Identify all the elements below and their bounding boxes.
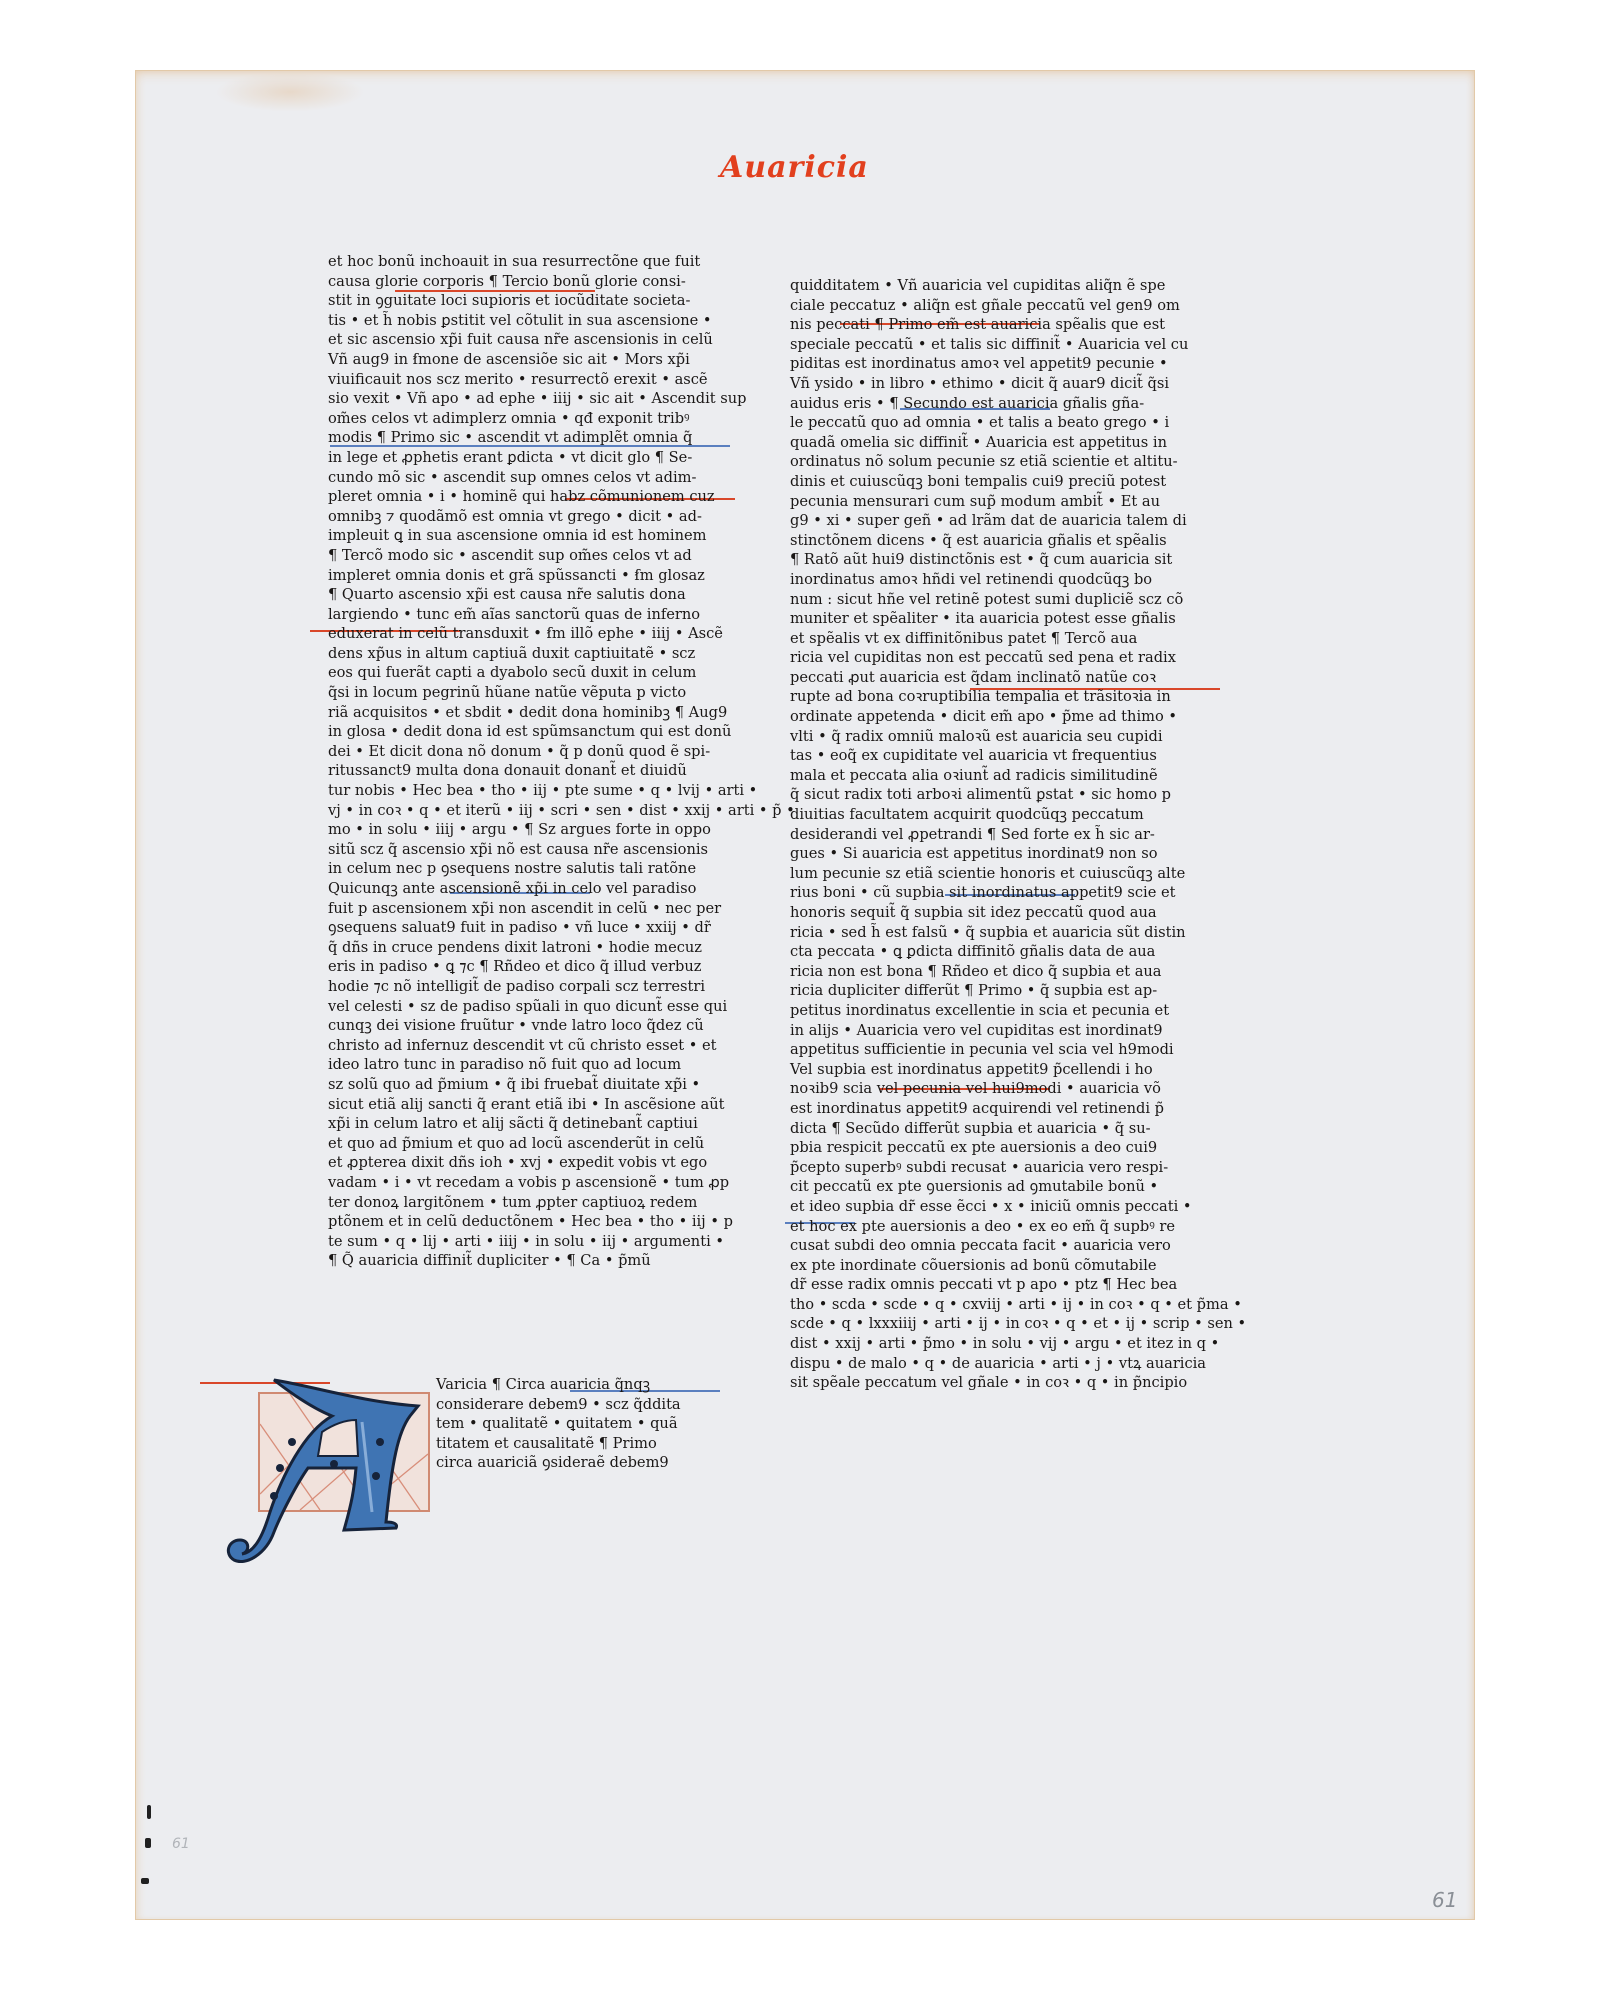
text-line: ter donoꝝ largitõnem • tum ꝓpter captiuo…: [328, 1193, 728, 1213]
text-line: hodie ⁊c nõ intelligit̃ de padiso corpal…: [328, 977, 728, 997]
text-line: tur nobis • Hec bea • tho • iij • pte su…: [328, 781, 728, 801]
text-line: viuificauit nos scz merito • resurrectõ …: [328, 370, 728, 390]
binding-hole-mark: [141, 1878, 149, 1884]
text-line: impleuit ꝗ in sua ascensione omnia id es…: [328, 526, 728, 546]
initial-adjacent-text: Varicia ¶ Circa auaricia q̃nqꝫ considera…: [436, 1375, 736, 1473]
text-line: ¶ Tercõ modo sic • ascendit sup om̃es ce…: [328, 546, 728, 566]
text-line: ritussanct9 multa dona donauit donant̃ e…: [328, 761, 728, 781]
text-line: cundo mõ sic • ascendit sup omnes celos …: [328, 468, 728, 488]
text-line: dist • xxij • arti • p̃mo • in solu • vi…: [790, 1334, 1210, 1354]
text-line: ordinatus nõ solum pecunie sz etiã scien…: [790, 452, 1210, 472]
text-line: circa auariciã ꝯsideraẽ debem9: [436, 1453, 736, 1473]
text-line: tas • eoq̃ ex cupiditate vel auaricia vt…: [790, 746, 1210, 766]
text-line: diuitias facultatem acquirit quodcũqꝫ pe…: [790, 805, 1210, 825]
text-line: g9 • xi • super geñ • ad lrãm dat de aua…: [790, 511, 1210, 531]
text-line: Quicunqꝫ ante ascensionẽ xp̃i in celo ve…: [328, 879, 728, 899]
text-line: et sic ascensio xp̃i fuit causa nr̃e asc…: [328, 330, 728, 350]
text-line: ex pte inordinate cõuersionis ad bonũ cõ…: [790, 1256, 1210, 1276]
text-line: scde • q • lxxxiiij • arti • ij • in coꝛ…: [790, 1314, 1210, 1334]
initial-a-icon: [222, 1372, 442, 1568]
folio-pencil-number: 61: [1432, 1888, 1457, 1912]
text-line: modis ¶ Primo sic • ascendit vt adimplẽt…: [328, 428, 728, 448]
text-line: lum pecunie sz etiã scientie honoris et …: [790, 864, 1210, 884]
text-line: vj • in coꝛ • q • et iterũ • iij • scri …: [328, 801, 728, 821]
text-line: cta peccata • ꝗ ꝑdicta diffinitõ gñalis …: [790, 942, 1210, 962]
text-line: vel celesti • sz de padiso spũali in quo…: [328, 997, 728, 1017]
text-line: ꝯsequens saluat9 fuit in padiso • vñ luc…: [328, 918, 728, 938]
text-line: est inordinatus appetit9 acquirendi vel …: [790, 1099, 1210, 1119]
text-line: cit peccatũ ex pte ꝯuersionis ad ꝯmutabi…: [790, 1177, 1210, 1197]
text-line: stit in ꝯguitate loci supioris et iocũdi…: [328, 291, 728, 311]
text-line: pbia respicit peccatũ ex pte auersionis …: [790, 1138, 1210, 1158]
text-line: largiendo • tunc em̃ aĩas sanctorũ quas …: [328, 605, 728, 625]
text-line: nis peccati ¶ Primo em̃ est auaricia spẽ…: [790, 315, 1210, 335]
text-line: cusat subdi deo omnia peccata facit • au…: [790, 1236, 1210, 1256]
text-line: tem • qualitatẽ • ꝗuitatem • quã: [436, 1414, 736, 1434]
text-line: vadam • i • vt recedam a vobis p ascensi…: [328, 1173, 728, 1193]
text-line: omnibꝫ ⁊ quodãmõ est omnia vt grego • di…: [328, 507, 728, 527]
text-line: mala et peccata alia oꝛiunt̃ ad radicis …: [790, 766, 1210, 786]
text-line: dr̃ esse radix omnis peccati vt p apo • …: [790, 1275, 1210, 1295]
text-line: eris in padiso • ꝗ ⁊c ¶ Rñdeo et dico q̃…: [328, 957, 728, 977]
decorated-initial-a: [222, 1372, 442, 1568]
right-text-column: quidditatem • Vñ auaricia vel cupiditas …: [790, 276, 1210, 1393]
text-line: petitus inordinatus excellentie in scia …: [790, 1001, 1210, 1021]
text-line: rius boni • cũ supbia sit inordinatus ap…: [790, 883, 1210, 903]
text-line: q̃ dñs in cruce pendens dixit latroni • …: [328, 938, 728, 958]
text-line: q̃ sicut radix toti arboꝛi alimentũ ꝑsta…: [790, 785, 1210, 805]
text-line: desiderandi vel ꝓpetrandi ¶ Sed forte ex…: [790, 825, 1210, 845]
text-line: ¶ Ratõ aũt hui9 distinctõnis est • q̃ cu…: [790, 550, 1210, 570]
text-line: dei • Et dicit dona nõ donum • q̃ p donũ…: [328, 742, 728, 762]
text-line: et spẽalis vt ex diffinitõnibus patet ¶ …: [790, 629, 1210, 649]
text-line: Varicia ¶ Circa auaricia q̃nqꝫ: [436, 1375, 736, 1395]
text-line: ricia dupliciter differũt ¶ Primo • q̃ s…: [790, 981, 1210, 1001]
text-line: gues • Si auaricia est appetitus inordin…: [790, 844, 1210, 864]
text-line: cunqꝫ dei visione fruũtur • vnde latro l…: [328, 1016, 728, 1036]
text-line: in alijs • Auaricia vero vel cupiditas e…: [790, 1021, 1210, 1041]
text-line: le peccatũ quo ad omnia • et talis a bea…: [790, 413, 1210, 433]
text-line: p̃cepto superbꝰ subdi recusat • auaricia…: [790, 1158, 1210, 1178]
text-line: xp̃i in celum latro et alij sãcti q̃ det…: [328, 1114, 728, 1134]
text-line: appetitus sufficientie in pecunia vel sc…: [790, 1040, 1210, 1060]
text-line: ciale peccatuz • aliq̃n est gñale peccat…: [790, 296, 1210, 316]
text-line: eos qui fuerãt capti a dyabolo secũ duxi…: [328, 663, 728, 683]
text-line: in lege et ꝓphetis erant ꝑdicta • vt dic…: [328, 448, 728, 468]
text-line: et hoc bonũ inchoauit in sua resurrectõn…: [328, 252, 728, 272]
text-line: [328, 1271, 728, 1291]
text-line: et quo ad p̃mium et quo ad locũ ascender…: [328, 1134, 728, 1154]
text-line: peccati ꝓut auaricia est q̃dam inclinatõ…: [790, 668, 1210, 688]
binding-hole-mark: [147, 1805, 151, 1819]
text-line: pleret omnia • i • hominẽ qui habz cõmun…: [328, 487, 728, 507]
text-line: fuit p ascensionem xp̃i non ascendit in …: [328, 899, 728, 919]
text-line: honoris sequit̃ q̃ supbia sit idez pecca…: [790, 903, 1210, 923]
text-line: pecunia mensurari cum sup̃ modum ambit̃ …: [790, 492, 1210, 512]
text-line: ptõnem et in celũ deductõnem • Hec bea •…: [328, 1212, 728, 1232]
binding-hole-mark: [145, 1838, 151, 1848]
text-line: auidus eris • ¶ Secundo est auaricia gña…: [790, 394, 1210, 414]
text-line: muniter et spẽaliter • ita auaricia pote…: [790, 609, 1210, 629]
text-line: ordinate appetenda • dicit em̃ apo • p̃m…: [790, 707, 1210, 727]
text-line: noꝛib9 scia vel pecunia vel hui9modi • a…: [790, 1079, 1210, 1099]
text-line: Vel supbia est inordinatus appetit9 p̃ce…: [790, 1060, 1210, 1080]
text-line: piditas est inordinatus amoꝛ vel appetit…: [790, 354, 1210, 374]
text-line: et hoc ex pte auersionis a deo • ex eo e…: [790, 1217, 1210, 1237]
text-line: Vñ ysido • in libro • ethimo • dicit q̃ …: [790, 374, 1210, 394]
text-line: et ideo supbia dr̃ esse ẽcci • x • inici…: [790, 1197, 1210, 1217]
text-line: quadã omelia sic diffinit̃ • Auaricia es…: [790, 433, 1210, 453]
text-line: considerare debem9 • scz q̃ddita: [436, 1395, 736, 1415]
text-line: sicut etiã alij sancti q̃ erant etiã ibi…: [328, 1095, 728, 1115]
text-line: riã acquisitos • et sbdit • dedit dona h…: [328, 703, 728, 723]
foxing-stain: [215, 72, 365, 112]
text-line: ricia vel cupiditas non est peccatũ sed …: [790, 648, 1210, 668]
text-line: num : sicut hñe vel retinẽ potest sumi d…: [790, 590, 1210, 610]
text-line: ideo latro tunc in paradiso nõ fuit quo …: [328, 1055, 728, 1075]
text-line: christo ad infernuz descendit vt cũ chri…: [328, 1036, 728, 1056]
text-line: ¶ Quarto ascensio xp̃i est causa nr̃e sa…: [328, 585, 728, 605]
text-line: stinctõnem dicens • q̃ est auaricia gñal…: [790, 531, 1210, 551]
text-line: tis • et h̃ nobis ꝑstitit vel cõtulit in…: [328, 311, 728, 331]
text-line: tho • scda • scde • q • cxviij • arti • …: [790, 1295, 1210, 1315]
text-line: et ꝓpterea dixit dñs ioh • xvj • expedit…: [328, 1153, 728, 1173]
text-line: quidditatem • Vñ auaricia vel cupiditas …: [790, 276, 1210, 296]
left-text-column: et hoc bonũ inchoauit in sua resurrectõn…: [328, 252, 728, 1290]
text-line: in glosa • dedit dona id est spũmsanctum…: [328, 722, 728, 742]
running-head-title: Auaricia: [720, 150, 860, 198]
text-line: rupte ad bona coꝛruptibilia tempalia et …: [790, 687, 1210, 707]
text-line: ¶ Q̃ auaricia diffinit̃ dupliciter • ¶ C…: [328, 1251, 728, 1271]
text-line: titatem et causalitatẽ ¶ Primo: [436, 1434, 736, 1454]
text-line: dinis et cuiuscũqꝫ boni tempalis cui9 pr…: [790, 472, 1210, 492]
margin-pencil-number: 61: [172, 1836, 190, 1852]
text-line: te sum • q • lij • arti • iiij • in solu…: [328, 1232, 728, 1252]
text-line: sitũ scz q̃ ascensio xp̃i nõ est causa n…: [328, 840, 728, 860]
text-line: mo • in solu • iiij • argu • ¶ Sz argues…: [328, 820, 728, 840]
text-line: om̃es celos vt adimplerz omnia • qđ expo…: [328, 409, 728, 429]
text-line: dens xp̃us in altum captiuã duxit captiu…: [328, 644, 728, 664]
text-line: Vñ aug9 in ẜmone de ascensiõe sic ait • …: [328, 350, 728, 370]
text-line: eduxerat in celũ transduxit • ẜm illõ ep…: [328, 624, 728, 644]
text-line: causa glorie corporis ¶ Tercio bonũ glor…: [328, 272, 728, 292]
text-line: in celum nec p ꝯsequens nostre salutis t…: [328, 859, 728, 879]
text-line: dicta ¶ Secũdo differũt supbia et auaric…: [790, 1119, 1210, 1139]
text-line: vlti • q̃ radix omniũ maloꝛũ est auarici…: [790, 727, 1210, 747]
text-line: dispu • de malo • q • de auaricia • arti…: [790, 1354, 1210, 1374]
text-line: impleret omnia donis et grã spũssancti •…: [328, 566, 728, 586]
text-line: sz solũ quo ad p̃mium • q̃ ibi fruebat̃ …: [328, 1075, 728, 1095]
text-line: inordinatus amoꝛ hñdi vel retinendi quod…: [790, 570, 1210, 590]
text-line: speciale peccatũ • et talis sic diffinit…: [790, 335, 1210, 355]
text-line: ricia • sed h̃ est falsũ • q̃ supbia et …: [790, 923, 1210, 943]
text-line: q̃si in locum pegrinũ hũane natũe vẽputa…: [328, 683, 728, 703]
text-line: sio vexit • Vñ apo • ad ephe • iiij • si…: [328, 389, 728, 409]
text-line: sit spẽale peccatum vel gñale • in coꝛ •…: [790, 1373, 1210, 1393]
text-line: ricia non est bona ¶ Rñdeo et dico q̃ su…: [790, 962, 1210, 982]
